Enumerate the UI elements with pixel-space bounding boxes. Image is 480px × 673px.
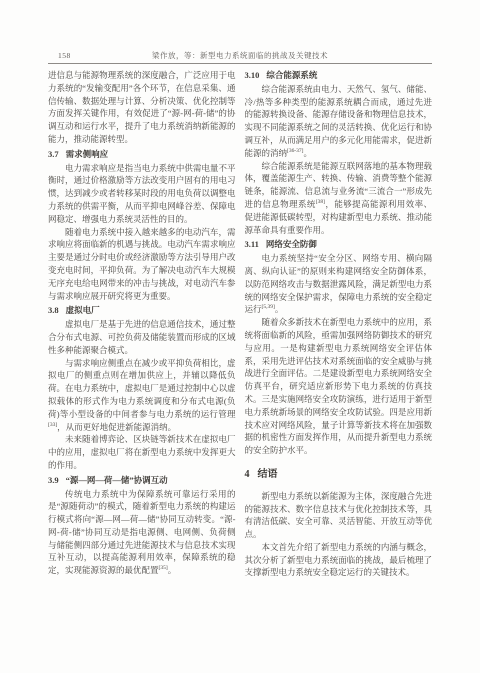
section-title: 需求侧响应: [66, 149, 109, 159]
paragraph-text: ，从而更好地促进新能源消纳。: [57, 422, 176, 432]
paragraph-text: 。: [168, 565, 177, 575]
section-title: 综合能源系统: [266, 70, 317, 80]
paragraph: 随着电力系统中接入越来越多的电动汽车，需求响应将面临新的机遇与挑战。电动汽车需求…: [48, 226, 236, 303]
page-header: 158 梁作放，等：新型电力系统面临的挑战及关键技术: [48, 50, 432, 62]
section-heading-3-11: 3.11网络安全防御: [245, 238, 433, 251]
header-divider: [48, 63, 432, 64]
paragraph: 随着众多新技术在新型电力系统中的应用，系统将面临新的风险，亟需加强网络防御技术的…: [245, 316, 433, 457]
content-columns: 进信息与能源物理系统的深度融合，广泛应用于电力系统的“发输变配用”各个环节，在信…: [48, 69, 432, 579]
paragraph-text: 综合能源系统由电力、天然气、氢气、储能、冷/热等多种类型的能源系统耦合而成，通过…: [245, 84, 433, 158]
paragraph-text: 传统电力系统中为保障系统可靠运行采用的是“源随荷动”的模式，随着新型电力系统的构…: [48, 489, 236, 576]
section-number: 3.7: [48, 149, 59, 159]
paragraph: 综合能源系统是能源互联网落地的基本物理载体，覆盖能源生产、转换、传输、消费等整个…: [245, 160, 433, 237]
section-heading-3-8: 3.8虚拟电厂: [48, 304, 236, 317]
page-number: 158: [58, 50, 71, 62]
citation-superscript: [38]: [316, 199, 325, 205]
left-column: 进信息与能源物理系统的深度融合，广泛应用于电力系统的“发输变配用”各个环节，在信…: [48, 69, 236, 579]
citation-superscript: [36-37]: [287, 148, 304, 154]
section-title: 网络安全防御: [266, 239, 317, 249]
section-number: 3.9: [48, 475, 59, 485]
section-number: 3.11: [245, 239, 259, 249]
paragraph: 与需求响应侧重点在减少或平抑负荷相比，虚拟电厂的侧重点则在增加供应上，并辅以降低…: [48, 357, 236, 434]
paragraph: 综合能源系统由电力、天然气、氢气、储能、冷/热等多种类型的能源系统耦合而成，通过…: [245, 83, 433, 160]
section-number: 3.8: [48, 305, 59, 315]
paragraph-text: 与需求响应侧重点在减少或平抑负荷相比，虚拟电厂的侧重点则在增加供应上，并辅以降低…: [48, 358, 236, 419]
section-title: “源—网—荷—储”协调互动: [66, 475, 168, 485]
paragraph: 虚拟电厂是基于先进的信息通信技术，通过整合分布式电源、可控负荷及储能装置而形成的…: [48, 318, 236, 356]
citation-superscript: [5,39]: [262, 305, 275, 311]
paragraph: 电力系统坚持“安全分区、网络专用、横向隔离、纵向认证”的原则来构建网络安全防御体…: [245, 252, 433, 316]
paragraph: 电力需求响应是指当电力系统中供需电量不平衡时，通过价格激励等方法改变用户固有的用…: [48, 162, 236, 226]
paragraph: 新型电力系统以新能源为主体，深度融合先进的能源技术、数字信息技术与优化控制技术等…: [245, 490, 433, 541]
section-title: 虚拟电厂: [66, 305, 100, 315]
section-heading-3-10: 3.10综合能源系统: [245, 69, 433, 82]
paragraph: 本文首先介绍了新型电力系统的内涵与概念，其次分析了新型电力系统面临的挑战，最后梳…: [245, 541, 433, 579]
citation-superscript: [33]: [48, 422, 57, 428]
paper-page: 158 梁作放，等：新型电力系统面临的挑战及关键技术 进信息与能源物理系统的深度…: [0, 0, 480, 673]
right-column: 3.10综合能源系统 综合能源系统由电力、天然气、氢气、储能、冷/热等多种类型的…: [245, 69, 433, 579]
section-number: 3.10: [245, 70, 260, 80]
section-heading-3-9: 3.9“源—网—荷—储”协调互动: [48, 474, 236, 487]
citation-superscript: [35]: [159, 565, 168, 571]
running-title: 梁作放，等：新型电力系统面临的挑战及关键技术: [48, 50, 432, 62]
chapter-title: 结语: [258, 469, 278, 480]
chapter-number: 4: [245, 469, 250, 480]
chapter-heading-4: 4结语: [245, 469, 433, 482]
continued-paragraph: 进信息与能源物理系统的深度融合，广泛应用于电力系统的“发输变配用”各个环节，在信…: [48, 69, 236, 146]
paragraph-text: 。: [275, 304, 284, 314]
paragraph-text: 。: [304, 148, 313, 158]
paragraph: 未来随着博弈论、区块链等新技术在虚拟电厂中的应用，虚拟电厂将在新型电力系统中发挥…: [48, 433, 236, 471]
paragraph: 传统电力系统中为保障系统可靠运行采用的是“源随荷动”的模式，随着新型电力系统的构…: [48, 488, 236, 578]
section-heading-3-7: 3.7需求侧响应: [48, 148, 236, 161]
